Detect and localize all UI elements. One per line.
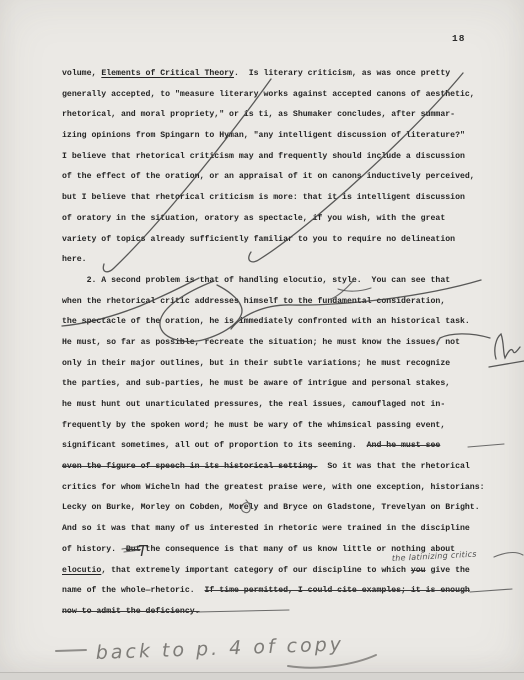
typed-text: variety of topics already sufficiently f… [62,235,455,244]
typed-text: volume, [62,69,101,78]
underlined-text: elocutio [62,566,101,575]
typed-text: only in their major outlines, but in the… [62,359,450,368]
page-number: 18 [452,33,465,44]
typed-line-6: but I believe that rhetorical criticism … [62,188,502,209]
typed-text: So it was that the rhetorical [318,462,470,471]
typed-line-14: only in their major outlines, but in the… [62,354,502,375]
typed-line-25: name of the whole—rhetoric. If time perm… [62,581,502,602]
typed-text: critics for whom Wicheln had the greates… [62,483,485,492]
typed-text: but I believe that rhetorical criticism … [62,193,465,202]
typed-text: of history. [62,545,126,554]
typed-text: And so it was that many of us interested… [62,524,470,533]
typed-text: . Is literary criticism, as was once pre… [234,69,450,78]
typed-line-13: He must, so far as possible, recreate th… [62,333,502,354]
typed-line-7: of oratory in the situation, oratory as … [62,209,502,230]
typed-line-15: the parties, and sub-parties, he must be… [62,374,502,395]
typed-text: significant sometimes, all out of propor… [62,441,367,450]
typed-line-9: here. [62,250,502,271]
typed-line-22: And so it was that many of us interested… [62,519,502,540]
typed-line-24: elocutio, that extremely important categ… [62,561,502,582]
typed-line-10: 2. A second problem is that of handling … [62,271,502,292]
typed-text: frequently by the spoken word; he must b… [62,421,445,430]
struck-text: But [126,545,141,554]
struck-text: even the figure of speech in its histori… [62,462,318,471]
typed-text: when the rhetorical critic addresses him… [62,297,445,306]
typed-text: give the [426,566,470,575]
typed-line-17: frequently by the spoken word; he must b… [62,416,502,437]
typed-line-23: of history. But the consequence is that … [62,540,502,561]
typed-text: he must hunt out unarticulated pressures… [62,400,445,409]
typed-line-11: when the rhetorical critic addresses him… [62,292,502,313]
struck-text: If time permitted, I could cite examples… [205,586,470,595]
typed-line-1: generally accepted, to "measure literary… [62,85,502,106]
typed-line-4: I believe that rhetorical criticism may … [62,147,502,168]
typed-line-26: now to admit the deficiency. [62,602,502,623]
typed-line-0: volume, Elements of Critical Theory. Is … [62,64,502,85]
typed-lines: volume, Elements of Critical Theory. Is … [62,64,502,623]
typed-line-16: he must hunt out unarticulated pressures… [62,395,502,416]
typed-text: the spectacle of the oration, he is imme… [62,317,470,326]
struck-text: you [411,566,426,575]
underlined-text: Elements of Critical Theory [101,69,234,78]
typed-line-20: critics for whom Wicheln had the greates… [62,478,502,499]
typed-line-18: significant sometimes, all out of propor… [62,436,502,457]
typed-text: rhetorical, and moral propriety," or is … [62,110,455,119]
typed-text: name of the whole—rhetoric. [62,586,205,595]
typed-line-3: izing opinions from Spingarn to Hyman, "… [62,126,502,147]
typed-text: izing opinions from Spingarn to Hyman, "… [62,131,465,140]
bottom-note-dash [56,650,86,651]
typed-text: of the effect of the oration, or an appr… [62,172,475,181]
typed-line-8: variety of topics already sufficiently f… [62,230,502,251]
typed-text: He must, so far as possible, recreate th… [62,338,460,347]
typed-line-5: of the effect of the oration, or an appr… [62,167,502,188]
typed-line-19: even the figure of speech in its histori… [62,457,502,478]
struck-text: And he must see [367,441,441,450]
typed-text: the consequence is that many of us know … [141,545,455,554]
typed-line-21: Lecky on Burke, Morley on Cobden, Morely… [62,498,502,519]
typed-text: 2. A second problem is that of handling … [62,276,450,285]
typed-line-2: rhetorical, and moral propriety," or is … [62,105,502,126]
typed-text: of oratory in the situation, oratory as … [62,214,445,223]
typed-text: , that extremely important category of o… [101,566,411,575]
typed-text: generally accepted, to "measure literary… [62,90,475,99]
typed-text: here. [62,255,87,264]
bottom-note-handwriting: back to p. 4 of copy [95,633,344,664]
scanned-typescript-page: 18 volume, Elements of Critical Theory. … [0,0,524,680]
typed-text: Lecky on Burke, Morley on Cobden, Morely… [62,503,480,512]
bottom-note-underline [288,655,376,668]
typed-line-12: the spectacle of the oration, he is imme… [62,312,502,333]
scanner-edge [0,672,524,680]
typed-text: I believe that rhetorical criticism may … [62,152,465,161]
struck-text: now to admit the deficiency. [62,607,200,616]
typed-text: the parties, and sub-parties, he must be… [62,379,450,388]
